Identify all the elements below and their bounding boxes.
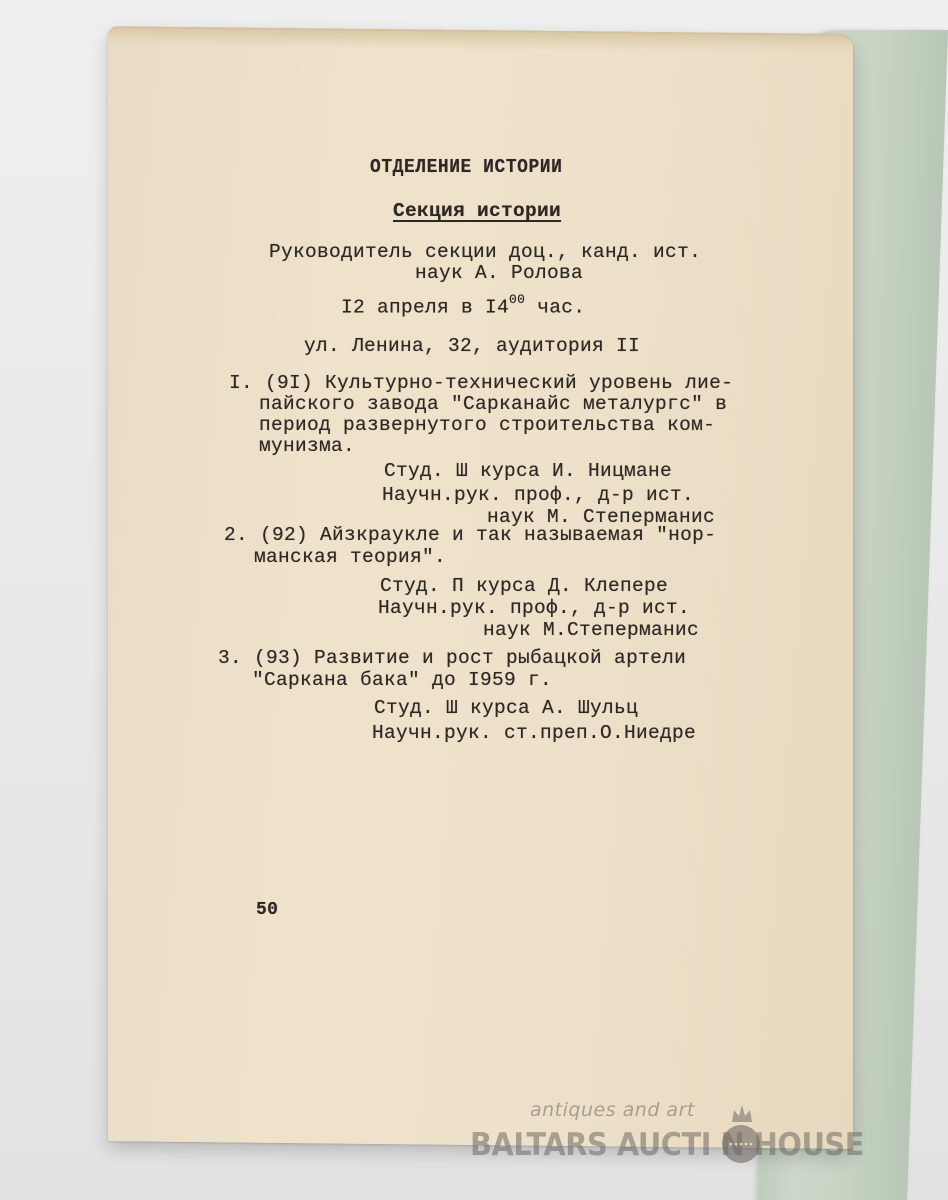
- chair-line-2: наук А. Ролова: [415, 262, 583, 284]
- entry-1-line-1: I. (9I) Культурно-технический уровень ли…: [229, 372, 733, 394]
- entry-3-line-2: "Саркана бака" до I959 г.: [252, 669, 552, 691]
- date-prefix: I2 апреля в I4: [341, 297, 509, 319]
- section-title: Секция истории: [393, 200, 561, 222]
- entry-2-line-2: манская теория".: [254, 546, 446, 568]
- entry-3-student: Студ. Ш курса А. Шульц: [374, 697, 638, 719]
- entry-1-student: Студ. Ш курса И. Ницмане: [384, 460, 672, 482]
- department-title: ОТДЕЛЕНИЕ ИСТОРИИ: [370, 156, 562, 178]
- watermark-brand: BALTARS AUCTI N HOUSE: [470, 1127, 864, 1163]
- date-minutes: 00: [509, 292, 525, 307]
- address: ул. Ленина, 32, аудитория II: [304, 335, 640, 357]
- crown-orb-icon: [730, 1104, 754, 1124]
- watermark-tagline: antiques and art: [530, 1099, 695, 1121]
- entry-2-advisor-1: Научн.рук. проф., д-р ист.: [378, 597, 690, 619]
- entry-2-advisor-2: наук М.Степерманис: [483, 619, 699, 641]
- entry-3-advisor-1: Научн.рук. ст.преп.О.Ниедре: [372, 722, 696, 744]
- watermark: antiques and art BALTARS AUCTI N HOUSE: [470, 1097, 870, 1177]
- entry-1-line-2: пайского завода "Сарканайс металургс" в: [259, 393, 727, 415]
- entry-2-student: Студ. П курса Д. Клепере: [380, 575, 668, 597]
- entry-2-line-1: 2. (92) Айзкраукле и так называемая "нор…: [224, 524, 716, 546]
- entry-1-advisor-1: Научн.рук. проф., д-р ист.: [382, 484, 694, 506]
- page-number: 50: [256, 899, 278, 921]
- orb-icon: [720, 1123, 762, 1165]
- entry-1-line-3: период развернутого строительства ком-: [259, 414, 715, 436]
- entry-3-line-1: 3. (93) Развитие и рост рыбацкой артели: [218, 647, 686, 669]
- session-date: I2 апреля в I400 час.: [341, 291, 585, 319]
- date-suffix: час.: [525, 297, 585, 319]
- entry-1-line-4: мунизма.: [259, 435, 355, 457]
- chair-line-1: Руководитель секции доц., канд. ист.: [269, 241, 701, 263]
